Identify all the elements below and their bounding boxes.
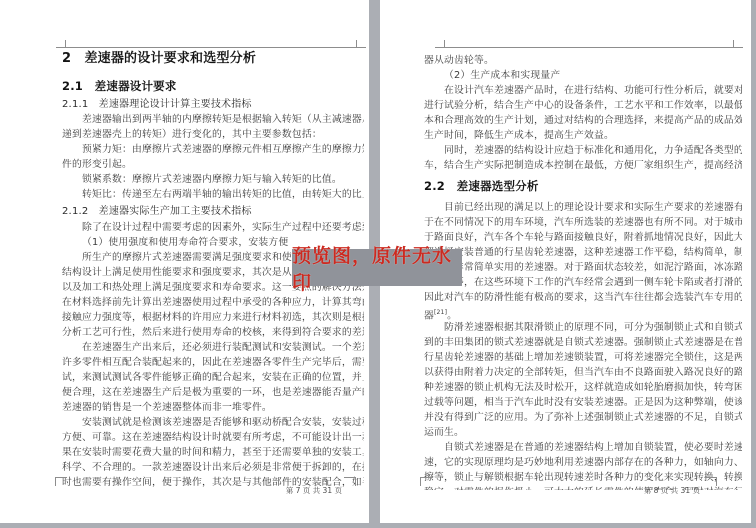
text-line: 器[21]。 — [424, 306, 742, 321]
heading-line: 2.1.2 差速器实际生产加工主要技术指标 — [62, 203, 364, 221]
text-line: 软路面等，在这些环境下工作的汽车经常会遇到一侧车轮卡陷或者打滑的情况， — [424, 276, 742, 291]
text-line: 都选择安装普通的行星齿轮差速器，这种差速器工作平稳，结构简单，制造方便， — [424, 246, 742, 261]
text-line: 在差速器生产出来后，还必须进行装配测试和安装测试。一个差速器内就是由 — [62, 341, 364, 356]
heading-line: 2.2 差速器选型分析 — [424, 174, 742, 201]
page-footer: 第 7 页 共 31 页 — [62, 485, 342, 496]
text-line: 过载等问题，相当于汽车此时没有安装差速器。正是因为这种弊端，使该种差速器 — [424, 396, 742, 411]
watermark-text: 预览图，原件无水印 — [292, 241, 462, 295]
text-boundary-mark — [344, 477, 356, 486]
text-line: 运而生。 — [424, 426, 742, 441]
text-line: 许多零件相互配合装配起来的，因此在差速器各零件生产完毕后，需要进行装配测 — [62, 356, 364, 371]
text-line: 接触应力强度等，根据材料的许用应力来进行材料初选，其次则是根据材料的特性 — [62, 311, 364, 326]
text-line: 因此对汽车的防滑性能有极高的要求，这当汽车往往都会选装汽车专用的防滑差速 — [424, 291, 742, 306]
citation-superscript: [21] — [434, 309, 447, 316]
text-line: 速，它的实现原理均是巧妙地利用差速器内部存在的各种力，如轴向力、重力和摩 — [424, 456, 742, 471]
text-line: 在设计汽车差速器产品时，在进行结构、功能可行性分析后，就要对能否量产 — [424, 84, 742, 99]
preview-watermark: 预览图，原件无水印 — [292, 249, 462, 286]
text-line: 自锁式差速器是在普通的差速器结构上增加自锁装置，使必要时差速器锁止差 — [424, 441, 742, 456]
heading-line: 2.1 差速器设计要求 — [62, 79, 364, 98]
text-boundary-top-rule — [435, 47, 743, 48]
text-line: 分析工艺可行性，然后来进行使用寿命的校核，来得到符合要求的差速器。 — [62, 326, 364, 341]
text-line: 转矩比：传递至左右两端半轴的输出转矩的比值，由转矩大的比上转矩较小的。 — [62, 188, 364, 203]
text-line: 并没有得到广泛的应用。为了弥补上述强制锁止式差速器的不足，自锁式差速器应 — [424, 411, 742, 426]
text-line: 同时，差速器的结构设计应趋于标准化和通用化，力争适配各类型的纯电动汽 — [424, 144, 742, 159]
text-line: 车，结合生产实际把制造成本控制在最低，方便厂家组织生产，提高经济效益。 — [424, 159, 742, 174]
heading-line: 2.1.1 差速器理论设计计算主要技术指标 — [62, 98, 364, 113]
text-line: 器从动齿轮等。 — [424, 54, 742, 69]
heading-line: 2 差速器的设计要求和选型分析 — [62, 50, 364, 79]
text-line: 除了在设计过程中需要考虑的因素外，实际生产过程中还要考虑到以下几点： — [62, 221, 364, 236]
text-line: 以获得由附着力决定的全部转矩，但当汽车由不良路面驶入路况良好的路面时，此 — [424, 366, 742, 381]
text-line: 防滑差速器根据其限滑锁止的原理不同，可分为强制锁止式和自锁式，前面提 — [424, 321, 742, 336]
text-line: 擦等，锁止与解锁根据车轮出现转速差时各种力的变化来实现转换，转换过程平滑、 — [424, 471, 742, 486]
text-line: 到的丰田集团的锁式差速器就是自锁式差速器。强制锁止式差速器是在普通的圆锥 — [424, 336, 742, 351]
text-line: 方便、可靠。这在差速器结构设计时就要有所考虑，不可能设计出一款差速器，结 — [62, 431, 364, 446]
text-line: 递到差速器壳上的转矩）进行变化的，其中主要参数包括： — [62, 128, 364, 143]
text-boundary-mark — [705, 477, 717, 486]
text-line: 是一种非常简单实用的差速器。对于路面状态较差，如泥泞路面，冰冻路面或松 — [424, 261, 742, 276]
page-content: 器从动齿轮等。（2）生产成本和实现量产在设计汽车差速器产品时，在进行结构、功能可… — [424, 54, 742, 490]
text-line: 在材料选择前先计算出差速器使用过程中承受的各种应力，计算其弯曲应力强度和 — [62, 296, 364, 311]
text-line: 件的形变引起。 — [62, 158, 364, 173]
text-line: 差速器输出到两半轴的内摩擦转矩是根据输入转矩（从主减速器从动锥齿轮传 — [62, 113, 364, 128]
text-line: 果在安装时需要花费大量的时间和精力，甚至于还需要单独的安装工具等，这是不 — [62, 446, 364, 461]
text-line: 便合理，这在差速器生产后是极为重要的一环，也是差速器能否量产的关键，毕竟 — [62, 386, 364, 401]
text-line: 于在不同情况下的用车环境，汽车所选装的差速器也有所不同。对于城市用车，由 — [424, 216, 742, 231]
text-line: （2）生产成本和实现量产 — [424, 69, 742, 84]
text-boundary-top-rule — [56, 47, 366, 48]
text-line: 本和合理高效的生产计划，通过对结构的合理选择，来提高产品的成品效率，缩短 — [424, 114, 742, 129]
text-line: 行星齿轮差速器的基础上增加差速锁装置，可将差速器完全锁住，这是两侧车轮可 — [424, 351, 742, 366]
text-line: 种差速器的锁止机构无法及时松开，这样就造成如轮胎磨损加快，转弯困难、零件 — [424, 381, 742, 396]
page-footer: 第 8 页 共 31 页 — [424, 485, 700, 496]
text-line: 生产时间，降低生产成本，提高生产效益。 — [424, 129, 742, 144]
text-line: 锁紧系数：摩擦片式差速器内摩擦力矩与输入转矩的比值。 — [62, 173, 364, 188]
text-line: 安装测试就是检测该差速器是否能够和驱动桥配合安装，安装过程是否简单、 — [62, 416, 364, 431]
text-line: 目前已经出现的满足以上的理论设计要求和实际生产要求的差速器有很多，对 — [424, 201, 742, 216]
text-line: 试，来测试测试各零件能够正确的配合起来，安装在正确的位置，并且安装过程简 — [62, 371, 364, 386]
text-line: 预紧力矩：由摩擦片式差速器的摩擦元件相互摩擦产生的摩擦力矩，由弹性元 — [62, 143, 364, 158]
text-line: 于路面良好，汽车各个车轮与路面接触良好，附着抓地情况良好，因此大多数汽车 — [424, 231, 742, 246]
text-line: 进行试验分析，结合生产中心的设备条件，工艺水平和工作效率，以最低的生产成 — [424, 99, 742, 114]
text-line: 差速器的销售是一个差速器整体而非一堆零件。 — [62, 401, 364, 416]
text-line: 科学、不合理的。一款差速器设计出来后必须是非常便于拆卸的，在拆卸零件维修 — [62, 461, 364, 476]
document-preview: 2 差速器的设计要求和选型分析2.1 差速器设计要求2.1.1 差速器理论设计计… — [0, 0, 756, 528]
